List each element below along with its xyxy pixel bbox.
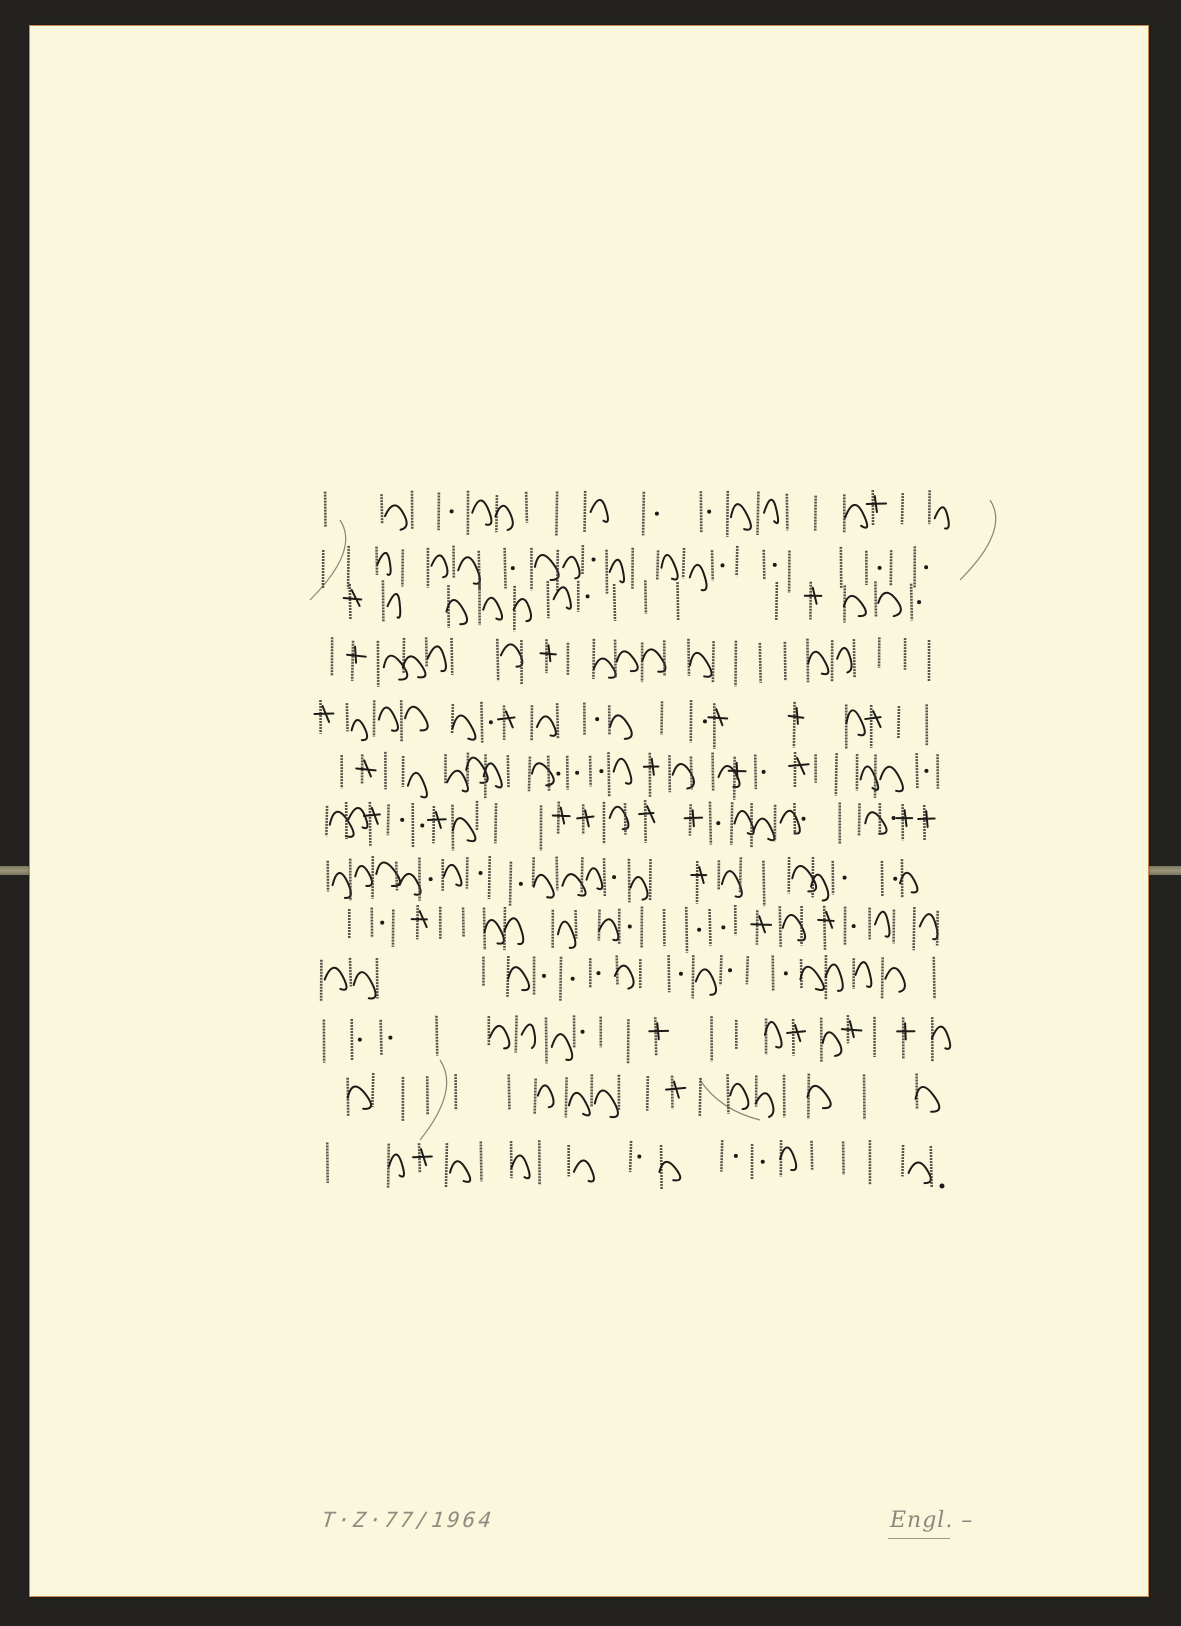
- ink-stroke: [532, 763, 554, 785]
- ink-stroke: [690, 653, 712, 677]
- ink-stroke: [594, 659, 616, 678]
- ink-stroke: [504, 918, 523, 944]
- ink-stroke: [639, 806, 654, 822]
- ink-stroke: [498, 711, 515, 727]
- ink-stroke: [617, 651, 638, 671]
- ink-stroke: [614, 584, 615, 621]
- ink-stroke: [844, 596, 866, 616]
- ink-stroke: [764, 500, 778, 523]
- ink-stroke: [472, 500, 491, 524]
- ink-stroke: [932, 1027, 950, 1049]
- ink-stroke: [825, 964, 842, 990]
- ink-stroke: [350, 584, 351, 620]
- ink-stroke: [508, 755, 509, 788]
- ink-stroke: [897, 810, 913, 826]
- ink-stroke: [756, 1093, 774, 1117]
- ink-stroke: [446, 1143, 447, 1187]
- ink-stroke: [347, 703, 348, 731]
- ink-stroke: [678, 582, 679, 621]
- ink-stroke: [481, 1142, 482, 1182]
- ink-stroke: [333, 873, 351, 898]
- ink-stroke: [685, 810, 702, 826]
- ink-stroke: [557, 703, 558, 739]
- ink-stroke: [529, 757, 530, 792]
- ink-stroke: [385, 505, 407, 529]
- ink-stroke: [960, 500, 996, 580]
- ink-stroke: [590, 756, 591, 787]
- ink-stroke: [760, 643, 761, 683]
- ink-stroke: [326, 806, 327, 836]
- ink-stroke: [630, 877, 647, 900]
- ink-stroke: [776, 582, 777, 620]
- paper-sheet: T·Z·77/1964 Engl. –: [30, 26, 1148, 1596]
- ink-stroke: [552, 1034, 572, 1060]
- ink-stroke: [587, 868, 603, 889]
- ink-stroke: [381, 1020, 382, 1056]
- ink-stroke: [576, 910, 577, 938]
- ink-stroke: [846, 710, 864, 735]
- ink-stroke: [734, 1154, 738, 1158]
- ink-stroke: [845, 505, 867, 528]
- ink-stroke: [630, 1141, 631, 1172]
- ink-stroke: [344, 590, 362, 606]
- ink-stroke: [713, 641, 714, 682]
- ink-stroke: [818, 912, 834, 928]
- ink-stroke: [514, 599, 531, 621]
- ink-stroke: [880, 767, 903, 792]
- ink-stroke: [852, 924, 856, 928]
- ink-stroke: [566, 1077, 567, 1117]
- ink-stroke: [728, 968, 732, 972]
- ink-stroke: [911, 584, 912, 621]
- ink-stroke: [512, 1155, 530, 1178]
- ink-stroke: [483, 598, 502, 620]
- asemic-calligraphy: [30, 26, 1148, 1596]
- ink-stroke: [327, 1142, 328, 1183]
- ink-stroke: [697, 928, 701, 932]
- ink-stroke: [490, 1026, 509, 1049]
- ink-stroke: [595, 717, 599, 721]
- ink-stroke: [645, 580, 646, 613]
- ink-stroke: [557, 857, 558, 891]
- ink-stroke: [679, 972, 683, 976]
- artist-signature: Engl. –: [890, 1508, 973, 1533]
- ink-stroke: [484, 920, 503, 944]
- ink-stroke: [659, 1162, 680, 1181]
- ink-stroke: [436, 1016, 437, 1056]
- ink-stroke: [789, 758, 809, 774]
- ink-stroke: [453, 715, 476, 739]
- ink-stroke: [501, 644, 523, 666]
- ink-stroke: [729, 763, 746, 779]
- ink-stroke: [403, 656, 426, 677]
- ink-stroke: [577, 810, 593, 826]
- ink-stroke: [710, 909, 711, 946]
- ink-stroke: [479, 871, 483, 875]
- ink-stroke: [712, 550, 713, 580]
- ink-stroke: [447, 771, 468, 792]
- ink-stroke: [916, 1087, 940, 1112]
- ink-stroke: [511, 566, 515, 570]
- ink-stroke: [655, 512, 659, 516]
- ink-stroke: [505, 548, 506, 589]
- ink-stroke: [451, 638, 452, 675]
- ink-stroke: [761, 1160, 765, 1164]
- ink-stroke: [731, 802, 732, 845]
- ink-stroke: [453, 818, 475, 841]
- ink-stroke: [812, 1141, 813, 1170]
- ink-stroke: [495, 803, 496, 843]
- ink-stroke: [628, 925, 632, 929]
- ink-stroke: [917, 753, 918, 788]
- ink-stroke: [789, 708, 804, 724]
- ink-stroke: [575, 771, 579, 775]
- ink-stroke: [898, 706, 899, 738]
- ink-stroke: [582, 857, 583, 893]
- ink-stroke: [657, 550, 658, 579]
- ink-stroke: [875, 581, 876, 617]
- ink-stroke: [645, 800, 646, 843]
- ink-stroke: [703, 719, 707, 723]
- ink-stroke: [902, 1145, 903, 1176]
- ink-stroke: [596, 971, 600, 975]
- ink-stroke: [856, 962, 872, 987]
- ink-stroke: [614, 759, 632, 784]
- ink-stroke: [764, 550, 765, 580]
- ink-stroke: [372, 1073, 373, 1107]
- ink-stroke: [878, 566, 882, 570]
- ink-stroke: [489, 856, 490, 899]
- ink-stroke: [599, 769, 603, 773]
- ink-stroke: [707, 510, 711, 514]
- ink-stroke: [431, 555, 447, 577]
- ink-stroke: [807, 639, 808, 683]
- ink-stroke: [382, 494, 383, 524]
- ink-stroke: [865, 812, 886, 834]
- ink-stroke: [902, 493, 903, 524]
- ink-stroke: [388, 1036, 392, 1040]
- ink-stroke: [546, 1018, 547, 1064]
- ink-stroke: [509, 1074, 510, 1109]
- ink-stroke: [379, 707, 398, 730]
- ink-stroke: [548, 756, 549, 792]
- ink-stroke: [388, 804, 389, 835]
- ink-stroke: [666, 1082, 685, 1098]
- ink-stroke: [400, 874, 421, 895]
- ink-stroke: [413, 1149, 432, 1165]
- ink-stroke: [924, 565, 928, 569]
- ink-stroke: [412, 911, 427, 927]
- ink-stroke: [610, 715, 632, 738]
- ink-stroke: [785, 642, 786, 681]
- ink-stroke: [924, 769, 928, 773]
- ink-stroke: [737, 546, 738, 576]
- ink-stroke: [450, 509, 454, 513]
- ink-stroke: [538, 1085, 554, 1107]
- ink-stroke: [784, 971, 788, 975]
- ink-stroke: [700, 1078, 701, 1116]
- ink-stroke: [893, 877, 897, 881]
- ink-stroke: [396, 862, 397, 891]
- ink-stroke: [720, 955, 721, 985]
- ink-stroke: [586, 594, 590, 598]
- ink-stroke: [599, 919, 618, 940]
- signature-stroke: [888, 1538, 950, 1539]
- ink-stroke: [885, 968, 905, 992]
- ink-stroke: [722, 871, 742, 897]
- ink-stroke: [747, 956, 748, 984]
- ink-stroke: [458, 557, 480, 583]
- ink-stroke: [534, 875, 554, 898]
- ink-stroke: [450, 1161, 470, 1182]
- ink-stroke: [805, 588, 822, 604]
- ink-stroke: [556, 491, 557, 535]
- ink-stroke: [388, 594, 401, 618]
- ink-stroke: [516, 1015, 517, 1052]
- ink-stroke: [757, 492, 758, 535]
- ink-stroke: [875, 755, 876, 798]
- ink-stroke: [720, 563, 724, 567]
- ink-stroke: [787, 1025, 805, 1041]
- ink-stroke: [637, 1154, 641, 1158]
- ink-stroke: [629, 859, 630, 903]
- ink-stroke: [599, 910, 600, 941]
- ink-stroke: [708, 709, 727, 725]
- ink-stroke: [690, 804, 691, 835]
- ink-stroke: [377, 553, 390, 575]
- ink-stroke: [428, 812, 446, 828]
- ink-stroke: [878, 593, 901, 616]
- ink-stroke: [535, 1079, 536, 1114]
- ink-stroke: [713, 753, 714, 792]
- ink-stroke: [935, 507, 949, 528]
- ink-stroke: [563, 557, 579, 579]
- ink-stroke: [608, 752, 609, 797]
- ink-stroke: [548, 581, 549, 618]
- ink-stroke: [800, 967, 823, 990]
- ink-stroke: [591, 500, 608, 522]
- ink-stroke: [686, 907, 687, 953]
- ink-stroke: [526, 492, 527, 523]
- ink-stroke: [446, 600, 467, 624]
- ink-stroke: [452, 704, 453, 734]
- ink-stroke: [867, 496, 886, 512]
- ink-stroke: [489, 720, 493, 724]
- ink-stroke: [510, 862, 511, 906]
- ink-stroke: [751, 916, 771, 932]
- ink-stroke: [420, 824, 424, 828]
- ink-stroke: [823, 1032, 842, 1056]
- ink-stroke: [882, 957, 883, 998]
- ink-stroke: [595, 1090, 618, 1117]
- ink-stroke: [581, 1030, 585, 1034]
- ink-stroke: [859, 803, 860, 835]
- ink-stroke: [696, 969, 716, 994]
- ink-stroke: [325, 968, 347, 990]
- ink-stroke: [762, 770, 766, 774]
- ink-stroke: [917, 600, 921, 604]
- ink-stroke: [728, 1074, 729, 1114]
- ink-stroke: [426, 637, 427, 667]
- ink-stroke: [585, 491, 586, 533]
- ink-stroke: [934, 957, 935, 999]
- ink-stroke: [721, 1140, 722, 1171]
- ink-stroke: [763, 861, 764, 907]
- ink-stroke: [843, 876, 847, 880]
- ink-stroke: [755, 755, 756, 790]
- ink-stroke: [497, 639, 498, 681]
- ink-stroke: [314, 706, 333, 722]
- ink-stroke: [897, 1023, 914, 1039]
- ink-stroke: [592, 558, 596, 562]
- ink-stroke: [661, 555, 677, 580]
- ink-stroke: [807, 1086, 830, 1108]
- ink-stroke: [420, 1060, 447, 1140]
- ink-stroke: [535, 555, 559, 580]
- ink-stroke: [352, 720, 368, 740]
- ink-stroke: [754, 819, 775, 841]
- ink-stroke: [358, 1038, 362, 1042]
- ink-stroke: [909, 1163, 931, 1184]
- ink-stroke: [522, 1024, 535, 1048]
- catalog-inscription: T·Z·77/1964: [321, 1508, 496, 1532]
- ink-stroke: [824, 906, 825, 950]
- ink-stroke: [355, 866, 372, 886]
- ink-stroke: [721, 925, 725, 929]
- ink-stroke: [593, 639, 594, 679]
- ink-stroke: [405, 707, 428, 731]
- ink-stroke: [354, 972, 376, 998]
- ink-stroke: [479, 551, 480, 591]
- ink-stroke: [690, 565, 707, 590]
- ink-stroke: [669, 955, 670, 992]
- ink-stroke: [428, 646, 446, 671]
- ink-stroke: [352, 641, 353, 681]
- ink-stroke: [794, 803, 795, 835]
- ink-stroke: [802, 817, 806, 821]
- ink-stroke: [540, 645, 555, 661]
- ink-stroke: [683, 548, 684, 578]
- ink-stroke: [571, 977, 575, 981]
- ink-stroke: [429, 877, 433, 881]
- ink-stroke: [843, 1141, 844, 1174]
- ink-stroke: [731, 504, 751, 530]
- ink-stroke: [463, 908, 464, 937]
- ink-stroke: [780, 906, 781, 947]
- ink-stroke: [794, 702, 795, 748]
- ink-stroke: [837, 648, 851, 672]
- ink-stroke: [519, 882, 523, 886]
- ink-stroke: [347, 647, 366, 663]
- ink-stroke: [348, 546, 349, 589]
- ink-stroke: [920, 914, 938, 939]
- ink-stroke: [377, 547, 378, 575]
- ink-stroke: [560, 957, 561, 1001]
- ink-stroke: [508, 967, 529, 990]
- ink-stroke: [815, 496, 816, 532]
- ink-stroke: [495, 506, 512, 530]
- ink-stroke: [444, 865, 462, 886]
- ink-stroke: [655, 1017, 656, 1056]
- ink-stroke: [693, 955, 694, 998]
- ink-stroke: [688, 639, 689, 676]
- ink-stroke: [765, 1022, 782, 1047]
- ink-stroke: [787, 494, 788, 531]
- ink-stroke: [842, 1021, 861, 1037]
- ink-stroke: [780, 1147, 796, 1170]
- ink-stroke: [348, 1087, 371, 1109]
- ink-stroke: [647, 1076, 648, 1111]
- ink-stroke: [918, 811, 934, 827]
- ink-stroke: [730, 1084, 748, 1109]
- ink-stroke: [610, 560, 624, 583]
- ink-stroke: [691, 756, 692, 789]
- ink-stroke: [604, 858, 605, 896]
- ink-stroke: [533, 857, 534, 887]
- ink-stroke: [808, 652, 828, 674]
- ink-stroke: [400, 818, 404, 822]
- ink-stroke: [356, 760, 375, 776]
- ink-stroke: [350, 958, 351, 986]
- ink-stroke: [310, 520, 346, 600]
- ink-stroke: [710, 802, 711, 845]
- ink-stroke: [691, 867, 706, 883]
- ink-stroke: [892, 816, 896, 820]
- ink-stroke: [389, 1154, 404, 1176]
- ink-stroke: [865, 711, 880, 727]
- ink-stroke: [542, 974, 546, 978]
- ink-stroke: [643, 492, 644, 536]
- ink-stroke: [700, 1080, 760, 1120]
- ink-stroke: [558, 922, 575, 948]
- ink-stroke: [408, 773, 427, 797]
- ink-stroke: [716, 821, 720, 825]
- ink-stroke: [940, 1184, 945, 1189]
- ink-stroke: [854, 639, 855, 677]
- ink-stroke: [780, 811, 799, 834]
- ink-stroke: [574, 1160, 594, 1181]
- ink-stroke: [612, 875, 616, 879]
- ink-stroke: [553, 808, 570, 824]
- ink-stroke: [537, 716, 556, 735]
- ink-stroke: [875, 912, 889, 937]
- ink-stroke: [569, 1093, 590, 1115]
- ink-stroke: [914, 907, 915, 950]
- ink-stroke: [556, 772, 560, 776]
- ink-stroke: [615, 640, 616, 678]
- ink-stroke: [481, 702, 482, 743]
- ink-stroke: [642, 649, 665, 671]
- ink-stroke: [649, 1023, 668, 1039]
- ink-stroke: [380, 921, 384, 925]
- ink-stroke: [773, 563, 777, 567]
- ink-stroke: [558, 802, 559, 835]
- ink-stroke: [836, 753, 837, 796]
- ink-stroke: [377, 958, 378, 998]
